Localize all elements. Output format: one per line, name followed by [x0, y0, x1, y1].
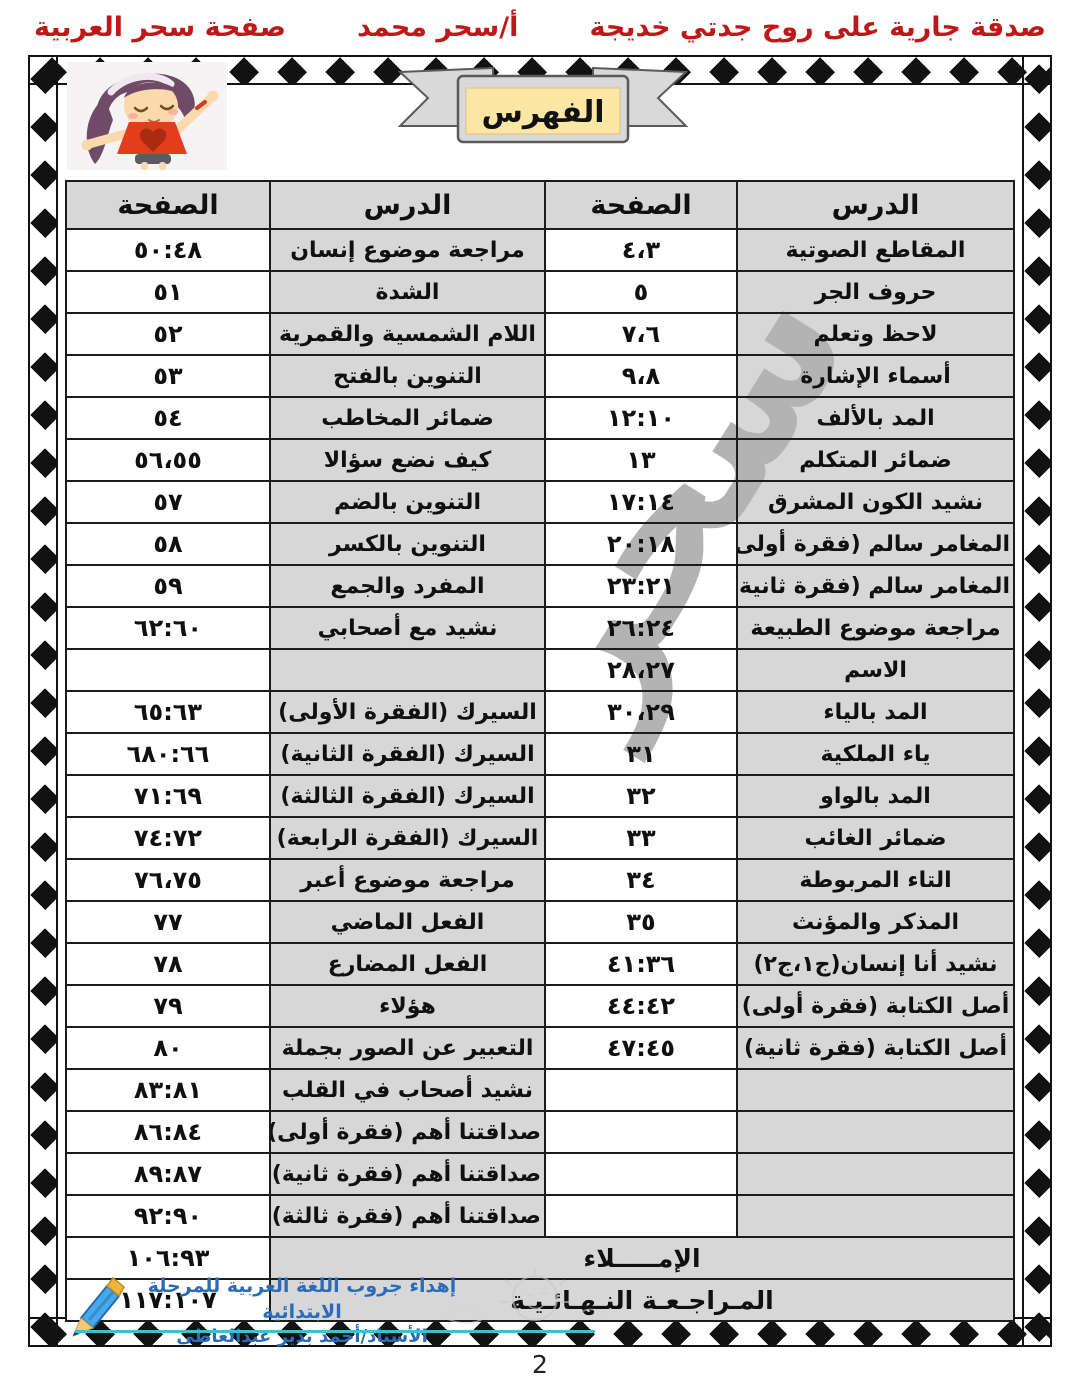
table-row: التاء المربوطة ٣٤ مراجعة موضوع أعبر ٧٦،٧…	[66, 859, 1014, 901]
table-row: أسماء الإشارة ٩،٨ التنوين بالفتح ٥٣	[66, 355, 1014, 397]
page-cell	[545, 1153, 737, 1195]
page-cell: ٢٦:٢٤	[545, 607, 737, 649]
footer-credit-line2: الأستاذ/أحمد بدير عبدالعاطى	[137, 1325, 467, 1349]
lesson-cell: السيرك (الفقرة الرابعة)	[270, 817, 545, 859]
page-cell: ٩٢:٩٠	[66, 1195, 270, 1237]
table-row: المغامر سالم (فقرة ثانية) ٢٣:٢١ المفرد و…	[66, 565, 1014, 607]
lesson-cell: التنوين بالكسر	[270, 523, 545, 565]
zigzag-border-left	[28, 55, 58, 1347]
page-cell: ٤١:٣٦	[545, 943, 737, 985]
lesson-cell: الفعل الماضي	[270, 901, 545, 943]
lesson-cell: التنوين بالفتح	[270, 355, 545, 397]
lesson-cell: الفعل المضارع	[270, 943, 545, 985]
lesson-cell: أصل الكتابة (فقرة ثانية)	[737, 1027, 1014, 1069]
header-page-right: الصفحة	[545, 181, 737, 229]
index-title-ribbon: الفهرس	[398, 66, 688, 150]
page-cell: ٥٠:٤٨	[66, 229, 270, 271]
footer-credit-text: إهداء جروب اللغة العربية للمرحلة الابتدا…	[137, 1274, 467, 1350]
page-cell: ٧١:٦٩	[66, 775, 270, 817]
page-cell: ٥١	[66, 271, 270, 313]
table-row: ضمائر المتكلم ١٣ كيف نضع سؤالا ٥٦،٥٥	[66, 439, 1014, 481]
lesson-cell: المغامر سالم (فقرة أولى)	[737, 523, 1014, 565]
page-cell: ٨٩:٨٧	[66, 1153, 270, 1195]
lesson-cell: صداقتنا أهم (فقرة ثانية)	[270, 1153, 545, 1195]
lesson-cell: كيف نضع سؤالا	[270, 439, 545, 481]
table-row: حروف الجر ٥ الشدة ٥١	[66, 271, 1014, 313]
lesson-cell	[737, 1153, 1014, 1195]
table-row: نشيد الكون المشرق ١٧:١٤ التنوين بالضم ٥٧	[66, 481, 1014, 523]
lesson-cell: السيرك (الفقرة الأولى)	[270, 691, 545, 733]
header-page-left: الصفحة	[66, 181, 270, 229]
lesson-cell: التعبير عن الصور بجملة	[270, 1027, 545, 1069]
lesson-cell: ضمائر المتكلم	[737, 439, 1014, 481]
page-cell: ٣١	[545, 733, 737, 775]
lesson-cell: ضمائر الغائب	[737, 817, 1014, 859]
page-cell: ٤٤:٤٢	[545, 985, 737, 1027]
page-cell: ٥٣	[66, 355, 270, 397]
table-row: الاسم ٢٨،٢٧	[66, 649, 1014, 691]
lesson-cell: المد بالألف	[737, 397, 1014, 439]
cartoon-girl-image	[64, 62, 230, 170]
lesson-cell: نشيد الكون المشرق	[737, 481, 1014, 523]
page-cell: ٦٢:٦٠	[66, 607, 270, 649]
page-cell: ٥٢	[66, 313, 270, 355]
table-row: المقاطع الصوتية ٤،٣ مراجعة موضوع إنسان ٥…	[66, 229, 1014, 271]
table-row: صداقتنا أهم (فقرة أولى) ٨٦:٨٤	[66, 1111, 1014, 1153]
lesson-cell: المد بالواو	[737, 775, 1014, 817]
title-page-name: صفحة سحر العربية	[34, 12, 286, 43]
sun-doodle-icon	[435, 1268, 625, 1334]
index-title: الفهرس	[481, 95, 604, 130]
table-row: صداقتنا أهم (فقرة ثانية) ٨٩:٨٧	[66, 1153, 1014, 1195]
page-cell: ٢٠:١٨	[545, 523, 737, 565]
page-cell: ٨٣:٨١	[66, 1069, 270, 1111]
lesson-cell: المذكر والمؤنث	[737, 901, 1014, 943]
page-cell: ٣٠،٢٩	[545, 691, 737, 733]
lesson-cell: المد بالياء	[737, 691, 1014, 733]
table-row: المغامر سالم (فقرة أولى) ٢٠:١٨ التنوين ب…	[66, 523, 1014, 565]
lesson-cell: السيرك (الفقرة الثالثة)	[270, 775, 545, 817]
lesson-cell: نشيد أنا إنسان(ج١،ج٢)	[737, 943, 1014, 985]
lesson-cell: نشيد مع أصحابي	[270, 607, 545, 649]
lesson-cell: المقاطع الصوتية	[737, 229, 1014, 271]
page-cell: ٢٨،٢٧	[545, 649, 737, 691]
page-cell: ١٧:١٤	[545, 481, 737, 523]
page-cell: ٦٨٠:٦٦	[66, 733, 270, 775]
page-cell: ٨٠	[66, 1027, 270, 1069]
lesson-cell: لاحظ وتعلم	[737, 313, 1014, 355]
footer: إهداء جروب اللغة العربية للمرحلة الابتدا…	[55, 1268, 635, 1348]
lesson-cell: صداقتنا أهم (فقرة أولى)	[270, 1111, 545, 1153]
lesson-cell: المغامر سالم (فقرة ثانية)	[737, 565, 1014, 607]
zigzag-border-right	[1022, 55, 1052, 1347]
table-row: نشيد أصحاب في القلب ٨٣:٨١	[66, 1069, 1014, 1111]
content-area: الدرس الصفحة الدرس الصفحة المقاطع الصوتي…	[58, 85, 1022, 1317]
lesson-cell	[737, 1195, 1014, 1237]
page-cell: ٥٦،٥٥	[66, 439, 270, 481]
page-cell: ٨٦:٨٤	[66, 1111, 270, 1153]
header-lesson-right: الدرس	[737, 181, 1014, 229]
title-author: أ/سحر محمد	[357, 12, 518, 43]
page-cell: ٧٧	[66, 901, 270, 943]
page-cell: ٦٥:٦٣	[66, 691, 270, 733]
lesson-cell: صداقتنا أهم (فقرة ثالثة)	[270, 1195, 545, 1237]
page-cell: ٤٧:٤٥	[545, 1027, 737, 1069]
lesson-cell: ضمائر المخاطب	[270, 397, 545, 439]
page-cell: ٧٤:٧٢	[66, 817, 270, 859]
page-cell: ١٢:١٠	[545, 397, 737, 439]
page-cell: ٧٨	[66, 943, 270, 985]
lesson-cell: التنوين بالضم	[270, 481, 545, 523]
page-cell: ٧،٦	[545, 313, 737, 355]
page-cell	[545, 1111, 737, 1153]
table-row: المد بالواو ٣٢ السيرك (الفقرة الثالثة) ٧…	[66, 775, 1014, 817]
page-cell: ٣٢	[545, 775, 737, 817]
footer-credit-line1: إهداء جروب اللغة العربية للمرحلة الابتدا…	[137, 1274, 467, 1325]
table-row: أصل الكتابة (فقرة ثانية) ٤٧:٤٥ التعبير ع…	[66, 1027, 1014, 1069]
table-header-row: الدرس الصفحة الدرس الصفحة	[66, 181, 1014, 229]
page-cell: ٥٧	[66, 481, 270, 523]
index-page: صدقة جارية على روح جدتي خديجة أ/سحر محمد…	[0, 0, 1080, 1397]
page-cell: ٣٤	[545, 859, 737, 901]
lesson-cell: نشيد أصحاب في القلب	[270, 1069, 545, 1111]
page-cell: ٥٩	[66, 565, 270, 607]
table-row: صداقتنا أهم (فقرة ثالثة) ٩٢:٩٠	[66, 1195, 1014, 1237]
page-cell: ٩،٨	[545, 355, 737, 397]
page-number: 2	[0, 1350, 1080, 1379]
page-cell: ٧٩	[66, 985, 270, 1027]
lesson-cell: اللام الشمسية والقمرية	[270, 313, 545, 355]
lesson-cell	[270, 649, 545, 691]
lesson-cell: التاء المربوطة	[737, 859, 1014, 901]
top-bar: صدقة جارية على روح جدتي خديجة أ/سحر محمد…	[0, 0, 1080, 55]
lesson-cell: ياء الملكية	[737, 733, 1014, 775]
page-cell: ٣٣	[545, 817, 737, 859]
header-lesson-left: الدرس	[270, 181, 545, 229]
table-row: المد بالألف ١٢:١٠ ضمائر المخاطب ٥٤	[66, 397, 1014, 439]
lesson-cell: الشدة	[270, 271, 545, 313]
index-table: الدرس الصفحة الدرس الصفحة المقاطع الصوتي…	[65, 180, 1015, 1322]
lesson-cell	[737, 1111, 1014, 1153]
page-cell: ٥٨	[66, 523, 270, 565]
table-row: أصل الكتابة (فقرة أولى) ٤٤:٤٢ هؤلاء ٧٩	[66, 985, 1014, 1027]
page-cell: ٥	[545, 271, 737, 313]
lesson-cell	[737, 1069, 1014, 1111]
table-row: مراجعة موضوع الطبيعة ٢٦:٢٤ نشيد مع أصحاب…	[66, 607, 1014, 649]
table-row: نشيد أنا إنسان(ج١،ج٢) ٤١:٣٦ الفعل المضار…	[66, 943, 1014, 985]
lesson-cell: مراجعة موضوع أعبر	[270, 859, 545, 901]
page-cell: ٣٥	[545, 901, 737, 943]
table-row: المذكر والمؤنث ٣٥ الفعل الماضي ٧٧	[66, 901, 1014, 943]
page-cell: ٤،٣	[545, 229, 737, 271]
lesson-cell: هؤلاء	[270, 985, 545, 1027]
table-row: ياء الملكية ٣١ السيرك (الفقرة الثانية) ٦…	[66, 733, 1014, 775]
lesson-cell: الاسم	[737, 649, 1014, 691]
lesson-cell: السيرك (الفقرة الثانية)	[270, 733, 545, 775]
lesson-cell: أصل الكتابة (فقرة أولى)	[737, 985, 1014, 1027]
lesson-cell: مراجعة موضوع الطبيعة	[737, 607, 1014, 649]
lesson-cell: مراجعة موضوع إنسان	[270, 229, 545, 271]
page-cell: ٥٤	[66, 397, 270, 439]
page-cell	[545, 1069, 737, 1111]
page-cell: ٧٦،٧٥	[66, 859, 270, 901]
page-cell: ١٣	[545, 439, 737, 481]
table-row: المد بالياء ٣٠،٢٩ السيرك (الفقرة الأولى)…	[66, 691, 1014, 733]
page-cell	[66, 649, 270, 691]
title-charity: صدقة جارية على روح جدتي خديجة	[590, 12, 1047, 43]
table-row: لاحظ وتعلم ٧،٦ اللام الشمسية والقمرية ٥٢	[66, 313, 1014, 355]
lesson-cell: حروف الجر	[737, 271, 1014, 313]
lesson-cell: المفرد والجمع	[270, 565, 545, 607]
table-row: ضمائر الغائب ٣٣ السيرك (الفقرة الرابعة) …	[66, 817, 1014, 859]
page-cell: ٢٣:٢١	[545, 565, 737, 607]
page-cell	[545, 1195, 737, 1237]
lesson-cell: أسماء الإشارة	[737, 355, 1014, 397]
